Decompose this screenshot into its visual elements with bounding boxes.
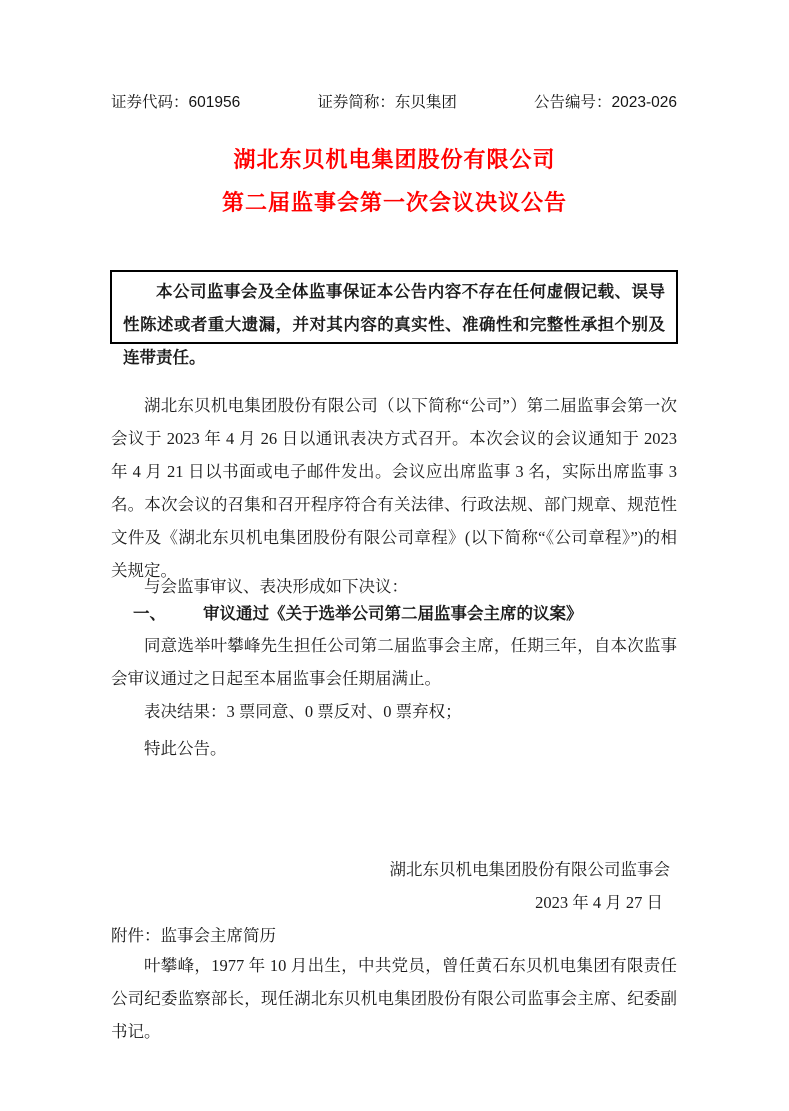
announcement-number: 公告编号：2023-026: [534, 93, 677, 113]
signature-date: 2023 年 4 月 27 日: [111, 886, 677, 919]
disclaimer-text: 本公司监事会及全体监事保证本公告内容不存在任何虚假记载、误导性陈述或者重大遗漏，…: [123, 275, 665, 374]
resolution-heading: 一、审议通过《关于选举公司第二届监事会主席的议案》: [111, 597, 677, 630]
disclaimer-box: 本公司监事会及全体监事保证本公告内容不存在任何虚假记载、误导性陈述或者重大遗漏，…: [110, 270, 678, 344]
title-line-company: 湖北东贝机电集团股份有限公司: [0, 138, 789, 181]
announcement-document-page: 证券代码：601956 证券简称：东贝集团 公告编号：2023-026 湖北东贝…: [0, 0, 789, 1111]
resolution-number: 一、: [133, 597, 203, 630]
stock-short-name: 证券简称：东贝集团: [317, 93, 457, 113]
chairman-bio: 叶攀峰，1977 年 10 月出生，中共党员，曾任黄石东贝机电集团有限责任公司纪…: [111, 949, 677, 1048]
document-title: 湖北东贝机电集团股份有限公司 第二届监事会第一次会议决议公告: [0, 138, 789, 224]
closing-statement: 特此公告。: [111, 732, 677, 765]
document-header: 证券代码：601956 证券简称：东贝集团 公告编号：2023-026: [111, 93, 677, 113]
title-line-meeting: 第二届监事会第一次会议决议公告: [0, 181, 789, 224]
attachment-label: 附件：监事会主席简历: [111, 919, 677, 952]
signature-company: 湖北东贝机电集团股份有限公司监事会: [111, 853, 677, 886]
stock-code: 证券代码：601956: [111, 93, 240, 113]
resolution-title: 审议通过《关于选举公司第二届监事会主席的议案》: [203, 604, 583, 623]
vote-result: 表决结果：3 票同意、0 票反对、0 票弃权；: [111, 695, 677, 728]
meeting-overview-paragraph: 湖北东贝机电集团股份有限公司（以下简称“公司”）第二届监事会第一次会议于 202…: [111, 389, 677, 587]
resolution-detail: 同意选举叶攀峰先生担任公司第二届监事会主席，任期三年，自本次监事会审议通过之日起…: [111, 629, 677, 695]
